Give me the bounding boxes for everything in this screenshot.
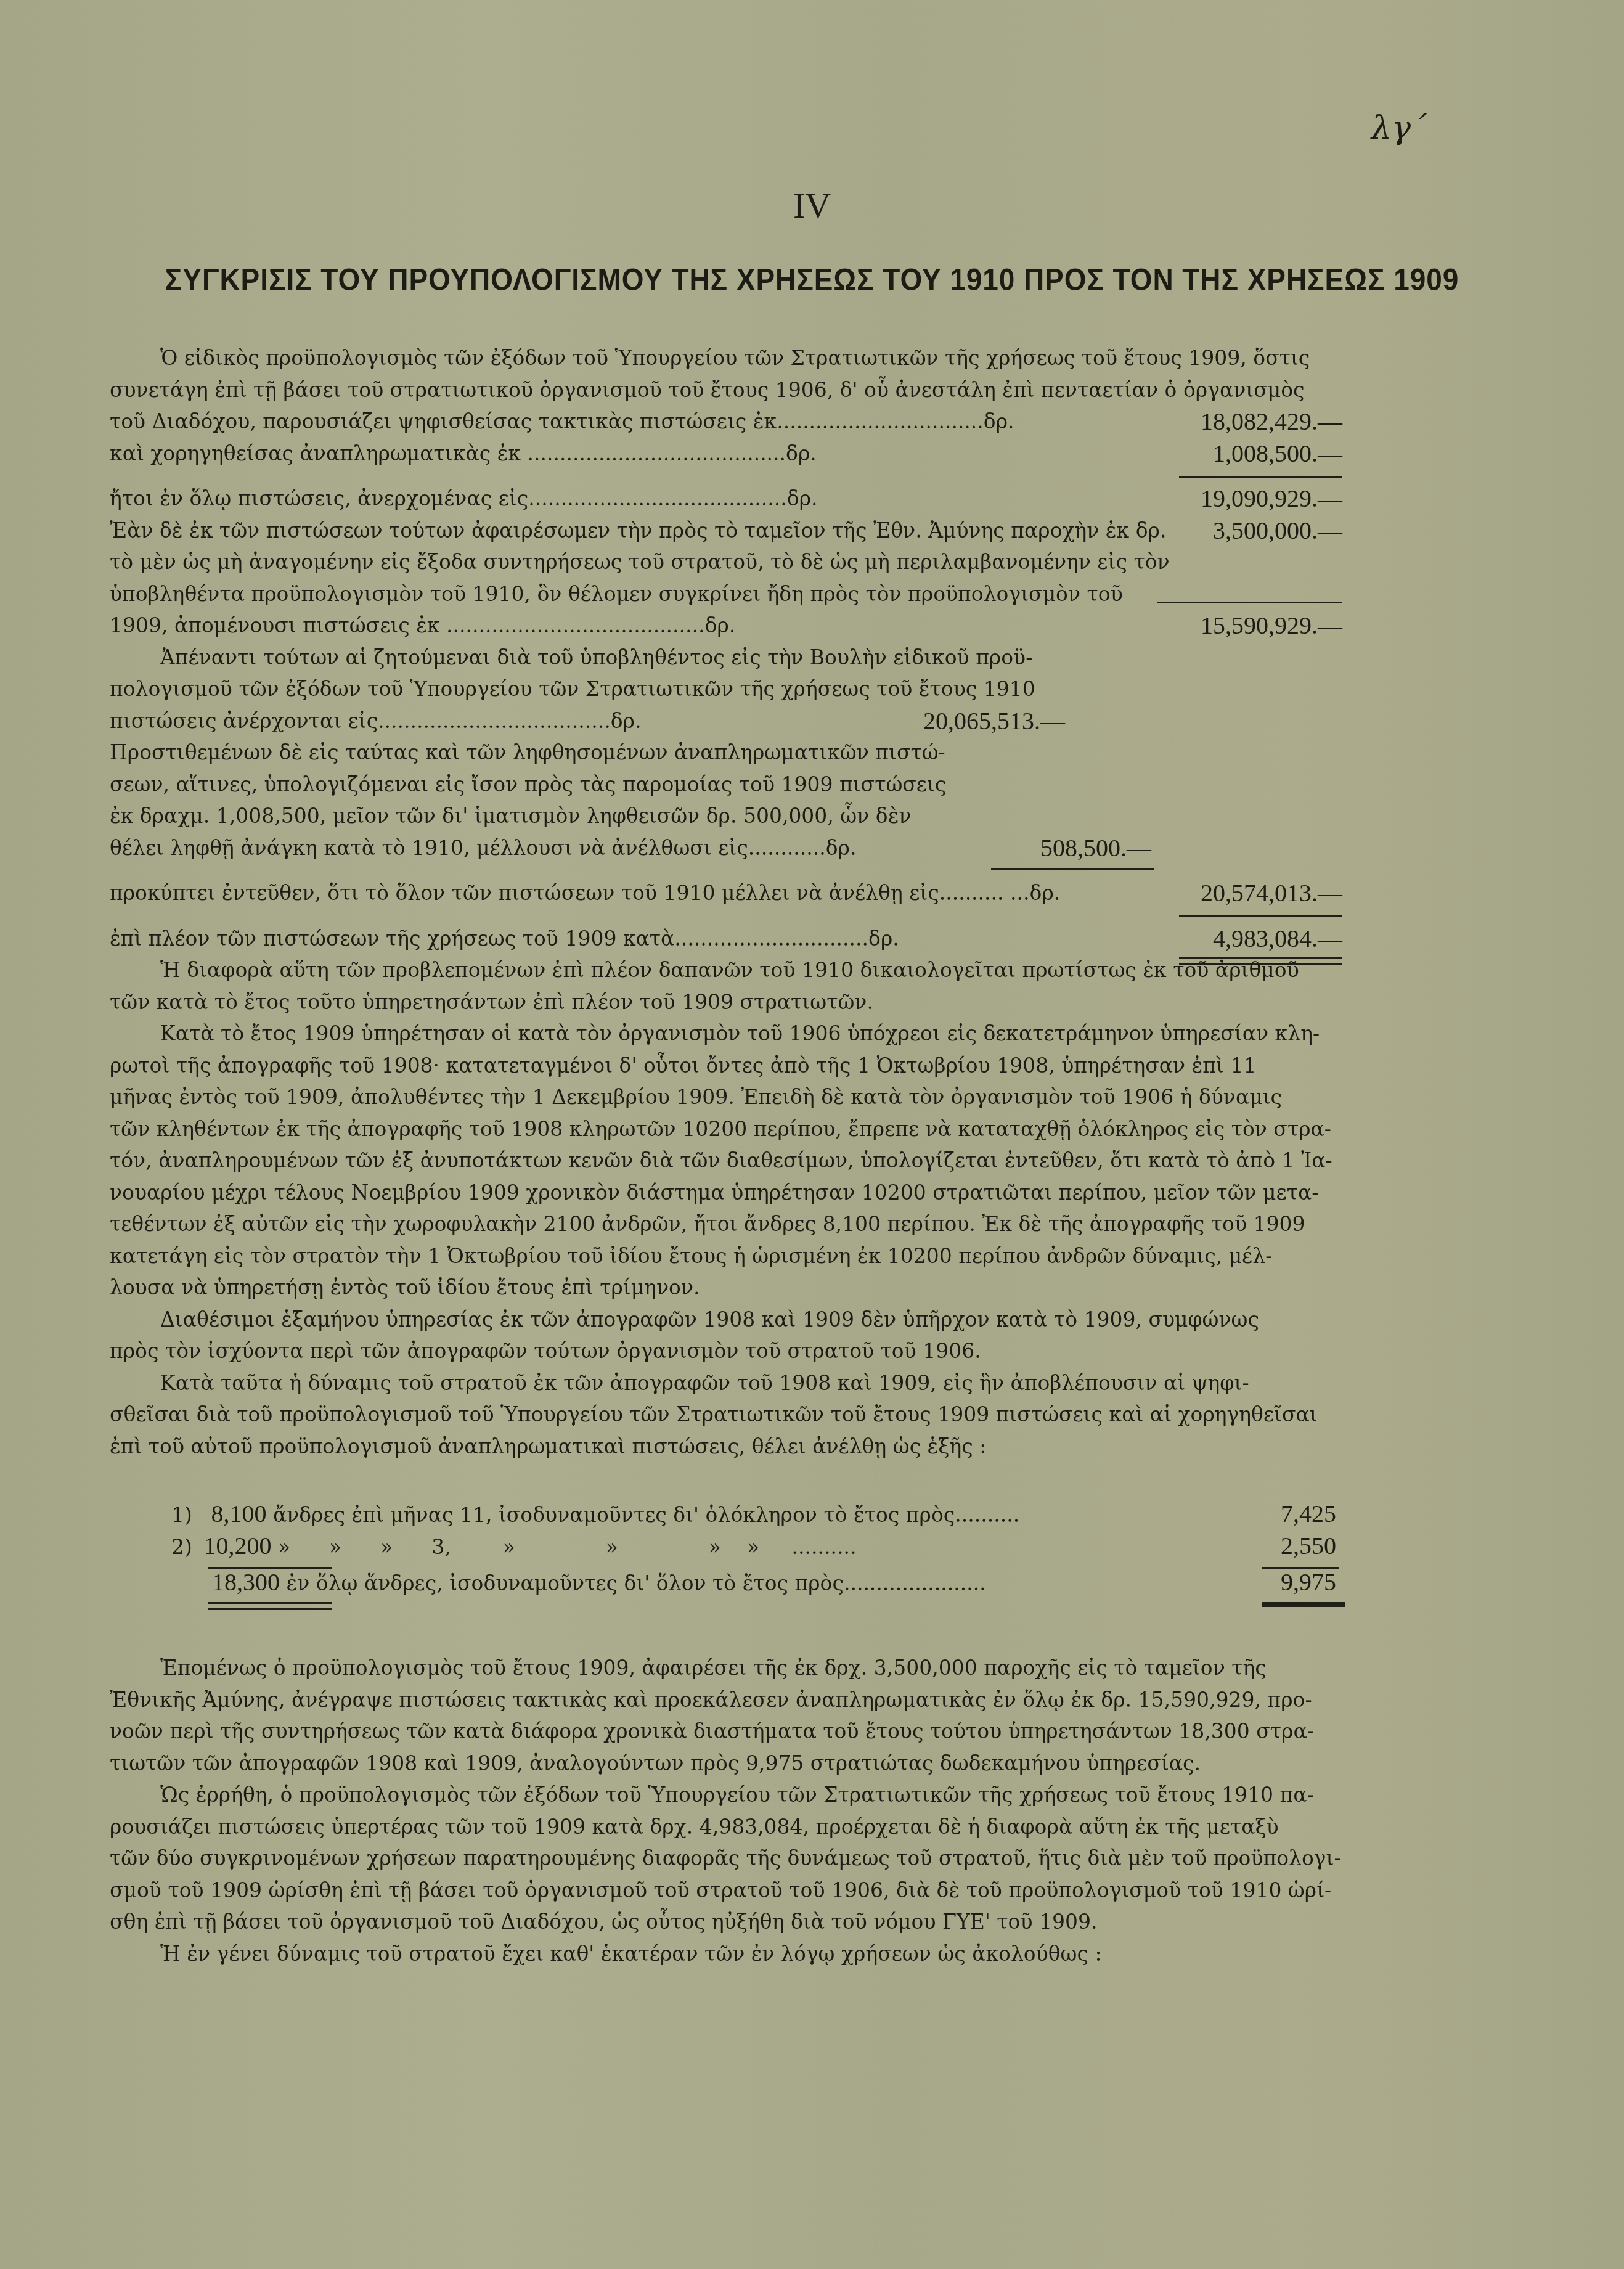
amount-total-1910: 20,574,013.— <box>1201 877 1342 909</box>
amount-supplementary-1910: 508,500.— <box>1040 832 1151 864</box>
text-line: σθη ἐπὶ τῇ βάσει τοῦ ὀργανισμοῦ τοῦ Διαδ… <box>110 1906 1342 1938</box>
line-text: πρὸς τὸν ἰσχύοντα περὶ τῶν ἀπογραφῶν τού… <box>110 1339 981 1363</box>
page-title: ΣΥΓΚΡΙΣΙΣ ΤΟΥ ΠΡΟΥΠΟΛΟΓΙΣΜΟΥ ΤΗΣ ΧΡΗΣΕΩΣ… <box>105 262 1519 298</box>
text-line: κατετάγη εἰς τὸν στρατὸν τὴν 1 Ὀκτωβρίου… <box>110 1240 1342 1272</box>
page-number: λγ΄ <box>1371 110 1427 147</box>
text-line: πρὸς τὸν ἰσχύοντα περὶ τῶν ἀπογραφῶν τού… <box>110 1335 1342 1367</box>
spacer <box>110 864 1342 877</box>
text-line: Κατὰ τὸ ἔτος 1909 ὑπηρέτησαν οἱ κατὰ τὸν… <box>110 1018 1342 1050</box>
text-line: Ἐθνικῆς Ἀμύνης, ἀνέγραψε πιστώσεις τακτι… <box>110 1684 1342 1716</box>
sum-rule <box>1157 602 1342 603</box>
line-text: τὸ μὲν ὡς μὴ ἀναγομένην εἰς ἔξοδα συντηρ… <box>110 550 1170 574</box>
text-line: μῆνας ἐντὸς τοῦ 1909, ἀπολυθέντες τὴν 1 … <box>110 1081 1342 1113</box>
line-text: τῶν δύο συγκρινομένων χρήσεων παρατηρουμ… <box>110 1846 1341 1870</box>
line-text: Ἑπομένως ὁ προϋπολογισμὸς τοῦ ἔτους 1909… <box>160 1656 1267 1680</box>
amount-line: τοῦ Διαδόχου, παρουσιάζει ψηφισθείσας τα… <box>110 406 1342 438</box>
line-text: ἐκ δραχμ. 1,008,500, μεῖον τῶν δι' ἱματι… <box>110 804 911 828</box>
line-text: θέλει ληφθῇ ἀνάγκη κατὰ τὸ 1910, μέλλουσ… <box>110 836 856 860</box>
men-total: 18,300 <box>212 1568 280 1596</box>
line-text: ἤτοι ἐν ὅλῳ πιστώσεις, ἀνερχομένας εἰς..… <box>110 486 818 510</box>
amount-supplementary-credits: 1,008,500.— <box>1213 438 1342 470</box>
text-line: πολογισμοῦ τῶν ἐξόδων τοῦ Ὑπουργείου τῶν… <box>110 673 1342 705</box>
line-text: σθη ἐπὶ τῇ βάσει τοῦ ὀργανισμοῦ τοῦ Διαδ… <box>110 1910 1097 1934</box>
line-text: ρωτοὶ τῆς ἀπογραφῆς τοῦ 1908· κατατεταγμ… <box>110 1053 1256 1077</box>
line-text: Κατὰ ταῦτα ἡ δύναμις τοῦ στρατοῦ ἐκ τῶν … <box>160 1371 1249 1395</box>
text-line: τῶν κληθέντων ἐκ τῆς ἀπογραφῆς τοῦ 1908 … <box>110 1113 1342 1145</box>
line-text: νουαρίου μέχρι τέλους Νοεμβρίου 1909 χρο… <box>110 1180 1318 1204</box>
men-count: 8,100 <box>211 1500 266 1527</box>
line-text: προκύπτει ἐντεῦθεν, ὅτι τὸ ὅλον τῶν πιστ… <box>110 881 1060 905</box>
equivalent-total: 9,975 <box>1281 1566 1336 1598</box>
line-text: σμοῦ τοῦ 1909 ὡρίσθη ἐπὶ τῇ βάσει τοῦ ὀρ… <box>110 1878 1331 1902</box>
line-text: Προστιθεμένων δὲ εἰς ταύτας καὶ τῶν ληφθ… <box>110 740 945 764</box>
item-text: » » » 3, » » » » .......... <box>278 1535 857 1559</box>
item-text: ἄνδρες ἐπὶ μῆνας 11, ἰσοδυναμοῦντες δι' … <box>273 1503 1019 1527</box>
text-line: Ἑπομένως ὁ προϋπολογισμὸς τοῦ ἔτους 1909… <box>110 1652 1342 1684</box>
item-marker: 1) <box>171 1503 192 1527</box>
item-marker: 2) <box>171 1535 192 1559</box>
amount-requested-1910: 20,065,513.— <box>923 705 1065 737</box>
line-text: Ἐὰν δὲ ἐκ τῶν πιστώσεων τούτων ἀφαιρέσωμ… <box>110 518 1166 542</box>
sum-rule <box>991 868 1154 870</box>
strength-list: 1) 8,100 ἄνδρες ἐπὶ μῆνας 11, ἰσοδυναμοῦ… <box>171 1498 1361 1598</box>
line-text: 1909, ἀπομένουσι πιστώσεις ἐκ ..........… <box>110 613 735 637</box>
line-text: τεθέντων ἐξ αὐτῶν εἰς τὴν χωροφυλακὴν 21… <box>110 1212 1305 1236</box>
line-text: σθεῖσαι διὰ τοῦ προϋπολογισμοῦ τοῦ Ὑπουρ… <box>110 1402 1318 1426</box>
text-line: ρουσιάζει πιστώσεις ὑπερτέρας τῶν τοῦ 19… <box>110 1811 1342 1843</box>
amount-difference: 4,983,084.— <box>1213 923 1342 955</box>
text-line: συνετάγη ἐπὶ τῇ βάσει τοῦ στρατιωτικοῦ ὀ… <box>110 374 1342 406</box>
amount-line: θέλει ληφθῇ ἀνάγκη κατὰ τὸ 1910, μέλλουσ… <box>110 832 1342 864</box>
section-numeral: IV <box>0 185 1624 226</box>
line-text: Κατὰ τὸ ἔτος 1909 ὑπηρέτησαν οἱ κατὰ τὸν… <box>160 1021 1320 1045</box>
line-text: τοῦ Διαδόχου, παρουσιάζει ψηφισθείσας τα… <box>110 409 1014 433</box>
text-line: τῶν κατὰ τὸ ἔτος τοῦτο ὑπηρετησάντων ἐπὶ… <box>110 986 1342 1018</box>
line-text: τῶν κατὰ τὸ ἔτος τοῦτο ὑπηρετησάντων ἐπὶ… <box>110 990 873 1014</box>
double-rule <box>1262 1602 1345 1607</box>
line-text: συνετάγη ἐπὶ τῇ βάσει τοῦ στρατιωτικοῦ ὀ… <box>110 378 1305 402</box>
amount-total-credits: 19,090,929.— <box>1201 483 1342 515</box>
text-line: νουαρίου μέχρι τέλους Νοεμβρίου 1909 χρο… <box>110 1177 1342 1209</box>
line-text: κατετάγη εἰς τὸν στρατὸν τὴν 1 Ὀκτωβρίου… <box>110 1244 1272 1268</box>
text-line: σεων, αἵτινες, ὑπολογιζόμεναι εἰς ἴσον π… <box>110 769 1342 801</box>
line-text: νοῶν περὶ τῆς συντηρήσεως τῶν κατὰ διάφο… <box>110 1719 1314 1743</box>
text-line: τιωτῶν τῶν ἀπογραφῶν 1908 καὶ 1909, ἀναλ… <box>110 1748 1342 1780</box>
line-text: Ἡ διαφορὰ αὕτη τῶν προβλεπομένων ἐπὶ πλέ… <box>160 958 1299 982</box>
line-text: μῆνας ἐντὸς τοῦ 1909, ἀπολυθέντες τὴν 1 … <box>110 1085 1282 1109</box>
amount-line: ἐπὶ πλέον τῶν πιστώσεων τῆς χρήσεως τοῦ … <box>110 923 1342 955</box>
list-item: 2) 10,200 » » » 3, » » » » .......... 2,… <box>171 1530 1361 1562</box>
text-line: λουσα νὰ ὑπηρετήσῃ ἐντὸς τοῦ ἰδίου ἔτους… <box>110 1272 1342 1304</box>
list-total: 18,300 ἐν ὅλῳ ἄνδρες, ἰσοδυναμοῦντες δι'… <box>171 1566 1361 1598</box>
line-text: τιωτῶν τῶν ἀπογραφῶν 1908 καὶ 1909, ἀναλ… <box>110 1751 1201 1775</box>
text-line: νοῶν περὶ τῆς συντηρήσεως τῶν κατὰ διάφο… <box>110 1715 1342 1748</box>
text-line: ἐκ δραχμ. 1,008,500, μεῖον τῶν δι' ἱματι… <box>110 800 1342 832</box>
amount-national-defense: 3,500,000.— <box>1213 515 1342 547</box>
equivalent-count: 7,425 <box>1281 1498 1336 1530</box>
line-text: ὑποβληθέντα προϋπολογισμὸν τοῦ 1910, ὃν … <box>110 582 1123 606</box>
line-text: Διαθέσιμοι ἑξαμήνου ὑπηρεσίας ἐκ τῶν ἀπο… <box>160 1307 1259 1331</box>
line-text: λουσα νὰ ὑπηρετήσῃ ἐντὸς τοῦ ἰδίου ἔτους… <box>110 1275 700 1299</box>
closing-section: Ἑπομένως ὁ προϋπολογισμὸς τοῦ ἔτους 1909… <box>110 1652 1342 1969</box>
sum-rule <box>1179 476 1342 478</box>
list-item: 1) 8,100 ἄνδρες ἐπὶ μῆνας 11, ἰσοδυναμοῦ… <box>171 1498 1361 1530</box>
double-rule <box>208 1602 332 1604</box>
spacer <box>110 909 1342 923</box>
text-line: Διαθέσιμοι ἑξαμήνου ὑπηρεσίας ἐκ τῶν ἀπο… <box>110 1304 1342 1336</box>
line-text: τόν, ἀναπληρουμένων τῶν ἐξ ἀνυποτάκτων κ… <box>110 1148 1332 1172</box>
text-line: Ὁ εἰδικὸς προϋπολογισμὸς τῶν ἐξόδων τοῦ … <box>110 342 1342 374</box>
amount-line: Ἐὰν δὲ ἐκ τῶν πιστώσεων τούτων ἀφαιρέσωμ… <box>110 515 1342 547</box>
line-text: Ὡς ἐρρήθη, ὁ προϋπολογισμὸς τῶν ἐξόδων τ… <box>160 1783 1314 1807</box>
text-line: τεθέντων ἐξ αὐτῶν εἰς τὴν χωροφυλακὴν 21… <box>110 1208 1342 1240</box>
line-text: σεων, αἵτινες, ὑπολογιζόμεναι εἰς ἴσον π… <box>110 772 946 796</box>
amount-ordinary-credits: 18,082,429.— <box>1201 406 1342 438</box>
text-line: Ἡ διαφορὰ αὕτη τῶν προβλεπομένων ἐπὶ πλέ… <box>110 954 1342 986</box>
amount-remaining-credits: 15,590,929.— <box>1201 610 1342 642</box>
line-text: ἐπὶ πλέον τῶν πιστώσεων τῆς χρήσεως τοῦ … <box>110 926 899 951</box>
line-text: πολογισμοῦ τῶν ἐξόδων τοῦ Ὑπουργείου τῶν… <box>110 677 1035 701</box>
line-text: τῶν κληθέντων ἐκ τῆς ἀπογραφῆς τοῦ 1908 … <box>110 1117 1331 1141</box>
double-rule <box>208 1608 332 1610</box>
text-line: Ὡς ἐρρήθη, ὁ προϋπολογισμὸς τῶν ἐξόδων τ… <box>110 1779 1342 1811</box>
budget-section: Ὁ εἰδικὸς προϋπολογισμὸς τῶν ἐξόδων τοῦ … <box>110 342 1342 1462</box>
line-text: Ἀπέναντι τούτων αἱ ζητούμεναι διὰ τοῦ ὑπ… <box>160 645 1032 669</box>
line-text: Ἐθνικῆς Ἀμύνης, ἀνέγραψε πιστώσεις τακτι… <box>110 1688 1312 1712</box>
line-text: Ὁ εἰδικὸς προϋπολογισμὸς τῶν ἐξόδων τοῦ … <box>160 346 1310 370</box>
text-line: Κατὰ ταῦτα ἡ δύναμις τοῦ στρατοῦ ἐκ τῶν … <box>110 1367 1342 1399</box>
text-line: τῶν δύο συγκρινομένων χρήσεων παρατηρουμ… <box>110 1842 1342 1874</box>
equivalent-count: 2,550 <box>1281 1530 1336 1562</box>
sum-rule <box>1179 915 1342 917</box>
men-count: 10,200 <box>203 1532 271 1560</box>
line-text: Ἡ ἐν γένει δύναμις τοῦ στρατοῦ ἔχει καθ'… <box>160 1942 1102 1966</box>
amount-line: ἤτοι ἐν ὅλῳ πιστώσεις, ἀνερχομένας εἰς..… <box>110 483 1342 515</box>
amount-line: προκύπτει ἐντεῦθεν, ὅτι τὸ ὅλον τῶν πιστ… <box>110 877 1342 909</box>
text-line: ὑποβληθέντα προϋπολογισμὸν τοῦ 1910, ὃν … <box>110 578 1342 610</box>
text-line: τὸ μὲν ὡς μὴ ἀναγομένην εἰς ἔξοδα συντηρ… <box>110 546 1342 578</box>
text-line: σθεῖσαι διὰ τοῦ προϋπολογισμοῦ τοῦ Ὑπουρ… <box>110 1399 1342 1431</box>
text-line: ρωτοὶ τῆς ἀπογραφῆς τοῦ 1908· κατατεταγμ… <box>110 1050 1342 1082</box>
text-line: ἐπὶ τοῦ αὐτοῦ προϋπολογισμοῦ ἀναπληρωματ… <box>110 1431 1342 1463</box>
text-line: σμοῦ τοῦ 1909 ὡρίσθη ἐπὶ τῇ βάσει τοῦ ὀρ… <box>110 1874 1342 1907</box>
amount-line: 1909, ἀπομένουσι πιστώσεις ἐκ ..........… <box>110 610 1342 642</box>
amount-line: καὶ χορηγηθείσας ἀναπληρωματικὰς ἐκ ....… <box>110 438 1342 470</box>
text-line: Ἡ ἐν γένει δύναμις τοῦ στρατοῦ ἔχει καθ'… <box>110 1938 1342 1970</box>
total-text: ἐν ὅλῳ ἄνδρες, ἰσοδυναμοῦντες δι' ὅλον τ… <box>287 1571 986 1595</box>
text-line: τόν, ἀναπληρουμένων τῶν ἐξ ἀνυποτάκτων κ… <box>110 1145 1342 1177</box>
text-line: Ἀπέναντι τούτων αἱ ζητούμεναι διὰ τοῦ ὑπ… <box>110 642 1300 674</box>
line-text: καὶ χορηγηθείσας ἀναπληρωματικὰς ἐκ ....… <box>110 441 817 465</box>
line-text: πιστώσεις ἀνέρχονται εἰς................… <box>110 709 642 733</box>
text-line: Προστιθεμένων δὲ εἰς ταύτας καὶ τῶν ληφθ… <box>110 737 1342 769</box>
spacer <box>110 469 1342 483</box>
amount-line: πιστώσεις ἀνέρχονται εἰς................… <box>110 705 1342 737</box>
line-text: ρουσιάζει πιστώσεις ὑπερτέρας τῶν τοῦ 19… <box>110 1815 1279 1839</box>
line-text: ἐπὶ τοῦ αὐτοῦ προϋπολογισμοῦ ἀναπληρωματ… <box>110 1434 986 1458</box>
